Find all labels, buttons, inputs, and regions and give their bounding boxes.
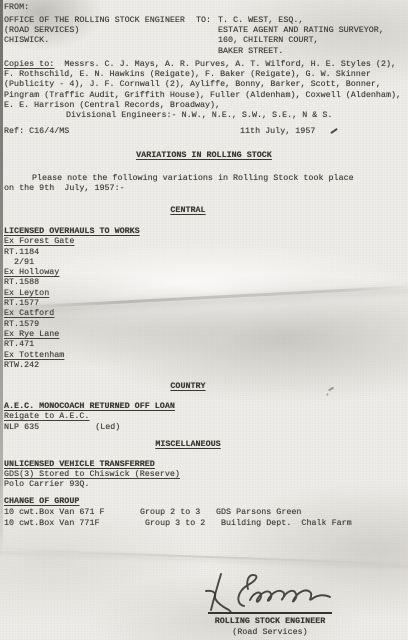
miscellaneous-block: UNLICENSED VEHICLE TRANSFERRED GDS(3) St… [4, 459, 180, 489]
from-address-line: OFFICE OF THE ROLLING STOCK ENGINEER [4, 15, 185, 25]
from-label: FROM: [4, 2, 29, 12]
depot-name: Ex Holloway [4, 267, 140, 277]
intro-paragraph: Please note the following variations in … [4, 173, 354, 193]
copies-line: E. E. Harrison (Central Records, Broadwa… [4, 100, 401, 110]
page-title-text: VARIATIONS IN ROLLING STOCK [136, 150, 272, 160]
copies-line: (Publicity - 4), J. F. Cornwall (2), Ayl… [4, 79, 401, 89]
change-of-group-row: 10 cwt.Box Van 771FGroup 3 to 2Building … [4, 518, 352, 529]
country-vehicle-line: NLP 635(Led) [4, 422, 175, 432]
from-address: OFFICE OF THE ROLLING STOCK ENGINEER (RO… [4, 15, 185, 46]
transfer-detail: GDS(3) Stored to Chiswick (Reserve) [4, 469, 180, 479]
miscellaneous-subheading: UNLICENSED VEHICLE TRANSFERRED [4, 459, 180, 469]
page-title: VARIATIONS IN ROLLING STOCK [4, 150, 404, 160]
section-heading-central: CENTRAL [4, 205, 372, 215]
vehicle-number: Polo Carrier 93Q. [4, 479, 180, 489]
row-group-change: Group 3 to 2 [140, 518, 221, 529]
section-heading-miscellaneous: MISCELLANEOUS [4, 439, 372, 449]
central-heading-text: CENTRAL [170, 205, 205, 215]
central-list: LICENSED OVERHAULS TO WORKS Ex Forest Ga… [4, 226, 140, 370]
vehicle-number: 2/91 [4, 257, 140, 267]
country-block: A.E.C. MONOCOACH RETURNED OFF LOAN Reiga… [4, 401, 175, 432]
to-address: T. C. WEST, ESQ., ESTATE AGENT AND RATIN… [218, 15, 384, 56]
to-address-line: BAKER STREET. [218, 46, 384, 56]
vehicle-number: NLP 635 [4, 422, 39, 432]
signatory-block: ROLLING STOCK ENGINEER (Road Services) [208, 612, 332, 638]
copies-line: Copies to: Messrs. C. J. Mays, A. R. Pur… [4, 59, 401, 69]
intro-line: Please note the following variations in … [4, 173, 354, 183]
divisional-engineers-line: Divisional Engineers:- N.W., N.E., S.W.,… [4, 110, 401, 120]
vehicle-number: RT.1588 [4, 277, 140, 287]
reference-number: Ref: C16/4/MS [4, 126, 69, 136]
vehicle-number: RT.1577 [4, 298, 140, 308]
pen-tick-mark [330, 128, 338, 134]
document-page: FROM: OFFICE OF THE ROLLING STOCK ENGINE… [0, 0, 408, 640]
copies-label: Copies to: [4, 59, 54, 69]
vehicle-note: (Led) [39, 422, 120, 432]
to-label: TO: [196, 15, 211, 25]
signatory-title: ROLLING STOCK ENGINEER [208, 616, 332, 627]
row-location: GDS Parsons Green [216, 507, 301, 518]
central-subheading: LICENSED OVERHAULS TO WORKS [4, 226, 140, 236]
depot-name: Ex Forest Gate [4, 236, 140, 246]
change-of-group-row: 10 cwt.Box Van 671 FGroup 2 to 3GDS Pars… [4, 507, 352, 518]
row-location: Building Dept. Chalk Farm [221, 518, 352, 529]
vehicle-number: RT.1184 [4, 247, 140, 257]
vehicle-number: RTW.242 [4, 360, 140, 370]
section-heading-country: COUNTRY [4, 381, 372, 391]
row-vehicle: 10 cwt.Box Van 771F [4, 518, 140, 529]
copies-line: F. Rothschild, E. N. Hawkins (Reigate), … [4, 69, 401, 79]
copies-line: Pingram (Traffic Audit, Griffith House),… [4, 90, 401, 100]
to-address-line: T. C. WEST, ESQ., [218, 15, 384, 25]
change-of-group-heading: CHANGE OF GROUP [4, 496, 352, 507]
miscellaneous-heading-text: MISCELLANEOUS [155, 439, 220, 449]
country-subheading: A.E.C. MONOCOACH RETURNED OFF LOAN [4, 401, 175, 411]
copies-names: Messrs. C. J. Mays, A. R. Purves, A. T. … [54, 59, 396, 69]
change-of-group-block: CHANGE OF GROUP 10 cwt.Box Van 671 FGrou… [4, 496, 352, 529]
scan-edge-shadow [0, 0, 3, 556]
country-route: Reigate to A.E.C. [4, 411, 175, 421]
from-address-line: (ROAD SERVICES) [4, 25, 185, 35]
depot-name: Ex Rye Lane [4, 329, 140, 339]
intro-line: on the 9th July, 1957:- [4, 183, 354, 193]
from-address-line: CHISWICK. [4, 35, 185, 45]
signatory-subtitle: (Road Services) [208, 627, 332, 638]
depot-name: Ex Tottenham [4, 350, 140, 360]
depot-name: Ex Catford [4, 308, 140, 318]
document-date: 11th July, 1957 [240, 126, 315, 136]
to-address-line: ESTATE AGENT AND RATING SURVEYOR, [218, 25, 384, 35]
vehicle-number: RT.471 [4, 339, 140, 349]
country-heading-text: COUNTRY [170, 381, 205, 391]
vehicle-number: RT.1579 [4, 319, 140, 329]
to-address-line: 160, CHILTERN COURT, [218, 35, 384, 45]
depot-name: Ex Leyton [4, 288, 140, 298]
row-vehicle: 10 cwt.Box Van 671 F [4, 507, 140, 518]
row-group-change: Group 2 to 3 [140, 507, 216, 518]
paper-crease [0, 548, 408, 565]
signature-scrawl [202, 568, 336, 614]
copies-block: Copies to: Messrs. C. J. Mays, A. R. Pur… [4, 59, 401, 120]
